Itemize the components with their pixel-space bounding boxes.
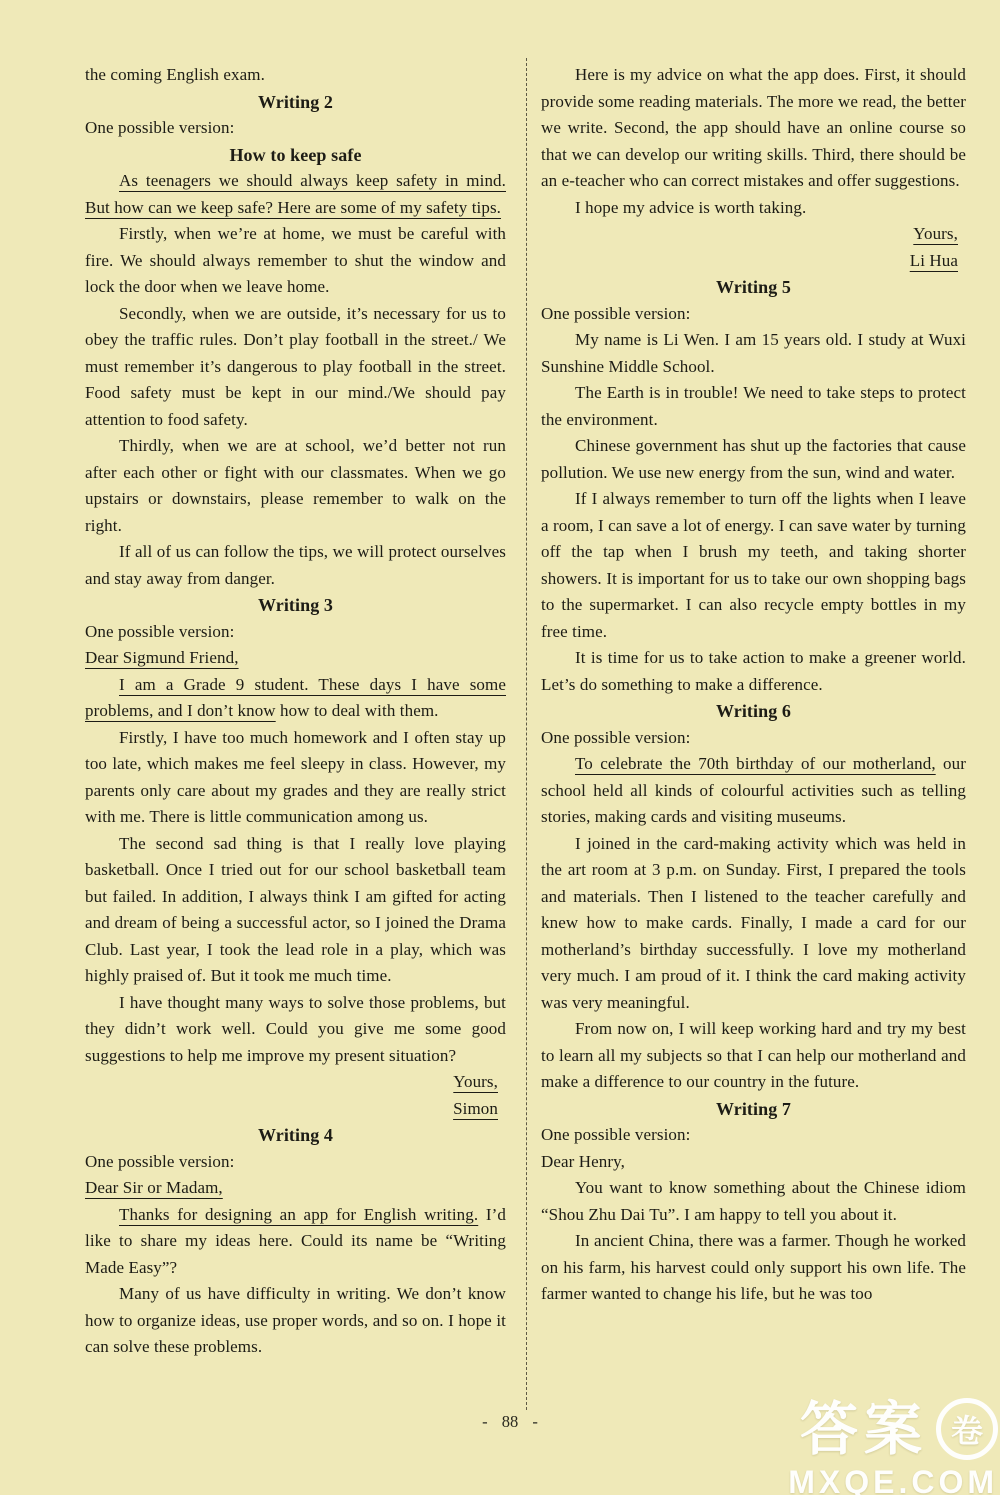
text-run: Here is my advice on what the app does. … bbox=[541, 65, 966, 190]
text-run: Writing 2 bbox=[258, 92, 333, 112]
paragraph: Firstly, when we’re at home, we must be … bbox=[85, 221, 506, 301]
text-run: The second sad thing is that I really lo… bbox=[85, 834, 506, 986]
watermark-logo: 答案 卷 bbox=[788, 1398, 998, 1460]
left-column: the coming English exam.Writing 2One pos… bbox=[85, 62, 506, 1361]
paragraph: My name is Li Wen. I am 15 years old. I … bbox=[541, 327, 966, 380]
paragraph: Here is my advice on what the app does. … bbox=[541, 62, 966, 195]
text-run: Thirdly, when we are at school, we’d bet… bbox=[85, 436, 506, 535]
paragraph: To celebrate the 70th birthday of our mo… bbox=[541, 751, 966, 831]
text-run: Dear Sigmund Friend, bbox=[85, 648, 239, 667]
text-run: Writing 5 bbox=[716, 277, 791, 297]
text-run: Writing 7 bbox=[716, 1099, 791, 1119]
text-run: I have thought many ways to solve those … bbox=[85, 993, 506, 1065]
text-run: Thanks for designing an app for English … bbox=[119, 1205, 478, 1224]
text-run: Dear Sir or Madam, bbox=[85, 1178, 223, 1197]
text-run: If all of us can follow the tips, we wil… bbox=[85, 542, 506, 588]
salutation-line: Dear Sigmund Friend, bbox=[85, 645, 506, 672]
paragraph: The Earth is in trouble! We need to take… bbox=[541, 380, 966, 433]
paragraph: Many of us have difficulty in writing. W… bbox=[85, 1281, 506, 1361]
section-heading: How to keep safe bbox=[85, 142, 506, 169]
paragraph: I hope my advice is worth taking. bbox=[541, 195, 966, 222]
text-run: One possible version: bbox=[85, 622, 234, 641]
paragraph: Thanks for designing an app for English … bbox=[85, 1202, 506, 1282]
text-run: Writing 6 bbox=[716, 701, 791, 721]
paragraph: As teenagers we should always keep safet… bbox=[85, 168, 506, 221]
text-run: My name is Li Wen. I am 15 years old. I … bbox=[541, 330, 966, 376]
salutation-line: Dear Sir or Madam, bbox=[85, 1175, 506, 1202]
text-run: Writing 4 bbox=[258, 1125, 333, 1145]
text-run: Firstly, I have too much homework and I … bbox=[85, 728, 506, 827]
salutation-line: Dear Henry, bbox=[541, 1149, 966, 1176]
text-run: The Earth is in trouble! We need to take… bbox=[541, 383, 966, 429]
right-column: Here is my advice on what the app does. … bbox=[541, 62, 966, 1308]
text-run: Yours, bbox=[913, 224, 958, 243]
text-run: One possible version: bbox=[541, 304, 690, 323]
text-run: Writing 3 bbox=[258, 595, 333, 615]
text-run: Simon bbox=[453, 1099, 498, 1118]
version-label: One possible version: bbox=[541, 725, 966, 752]
paragraph: If all of us can follow the tips, we wil… bbox=[85, 539, 506, 592]
signature-line: Yours, bbox=[85, 1069, 506, 1096]
watermark-brand-text: 答案 bbox=[800, 1400, 928, 1458]
page-number: - 88 - bbox=[430, 1412, 590, 1432]
signature-line: Li Hua bbox=[541, 248, 966, 275]
version-label: One possible version: bbox=[541, 301, 966, 328]
paragraph: The second sad thing is that I really lo… bbox=[85, 831, 506, 990]
section-heading: Writing 7 bbox=[541, 1096, 966, 1123]
section-heading: Writing 6 bbox=[541, 698, 966, 725]
text-run: It is time for us to take action to make… bbox=[541, 648, 966, 694]
paragraph: If I always remember to turn off the lig… bbox=[541, 486, 966, 645]
text-run: Secondly, when we are outside, it’s nece… bbox=[85, 304, 506, 429]
paragraph: Thirdly, when we are at school, we’d bet… bbox=[85, 433, 506, 539]
signature-line: Yours, bbox=[541, 221, 966, 248]
text-run: To celebrate the 70th birthday of our mo… bbox=[575, 754, 936, 773]
watermark-circle-char: 卷 bbox=[951, 1406, 983, 1452]
paragraph: Secondly, when we are outside, it’s nece… bbox=[85, 301, 506, 434]
text-run: From now on, I will keep working hard an… bbox=[541, 1019, 966, 1091]
paragraph: In ancient China, there was a farmer. Th… bbox=[541, 1228, 966, 1308]
version-label: One possible version: bbox=[85, 115, 506, 142]
text-run: Firstly, when we’re at home, we must be … bbox=[85, 224, 506, 296]
text-run: One possible version: bbox=[85, 118, 234, 137]
text-run: One possible version: bbox=[541, 1125, 690, 1144]
paragraph: Firstly, I have too much homework and I … bbox=[85, 725, 506, 831]
paragraph: I have thought many ways to solve those … bbox=[85, 990, 506, 1070]
paragraph: I joined in the card-making activity whi… bbox=[541, 831, 966, 1017]
scanned-answer-page: the coming English exam.Writing 2One pos… bbox=[0, 0, 1000, 1495]
text-run: In ancient China, there was a farmer. Th… bbox=[541, 1231, 966, 1303]
text-run: You want to know something about the Chi… bbox=[541, 1178, 966, 1224]
text-run: How to keep safe bbox=[229, 145, 361, 165]
text-run: One possible version: bbox=[85, 1152, 234, 1171]
text-run: the coming English exam. bbox=[85, 65, 265, 84]
text-run: Many of us have difficulty in writing. W… bbox=[85, 1284, 506, 1356]
paragraph: It is time for us to take action to make… bbox=[541, 645, 966, 698]
paragraph: You want to know something about the Chi… bbox=[541, 1175, 966, 1228]
text-run: I joined in the card-making activity whi… bbox=[541, 834, 966, 1012]
text-run: Yours, bbox=[453, 1072, 498, 1091]
continuation-line: the coming English exam. bbox=[85, 62, 506, 89]
watermark-site-text: MXQE.COM bbox=[788, 1464, 998, 1495]
text-run: One possible version: bbox=[541, 728, 690, 747]
version-label: One possible version: bbox=[85, 619, 506, 646]
text-run: If I always remember to turn off the lig… bbox=[541, 489, 966, 641]
section-heading: Writing 4 bbox=[85, 1122, 506, 1149]
section-heading: Writing 5 bbox=[541, 274, 966, 301]
column-divider-line bbox=[526, 58, 527, 1410]
text-run: As teenagers we should always keep safet… bbox=[85, 171, 506, 217]
watermark: 答案 卷 MXQE.COM bbox=[788, 1398, 998, 1495]
section-heading: Writing 3 bbox=[85, 592, 506, 619]
version-label: One possible version: bbox=[541, 1122, 966, 1149]
section-heading: Writing 2 bbox=[85, 89, 506, 116]
paragraph: I am a Grade 9 student. These days I hav… bbox=[85, 672, 506, 725]
text-run: Chinese government has shut up the facto… bbox=[541, 436, 966, 482]
version-label: One possible version: bbox=[85, 1149, 506, 1176]
text-run: Dear Henry, bbox=[541, 1152, 625, 1171]
text-run: I hope my advice is worth taking. bbox=[575, 198, 806, 217]
watermark-circle-icon: 卷 bbox=[936, 1398, 998, 1460]
text-run: Li Hua bbox=[910, 251, 958, 270]
signature-line: Simon bbox=[85, 1096, 506, 1123]
paragraph: Chinese government has shut up the facto… bbox=[541, 433, 966, 486]
paragraph: From now on, I will keep working hard an… bbox=[541, 1016, 966, 1096]
text-run: how to deal with them. bbox=[276, 701, 439, 720]
